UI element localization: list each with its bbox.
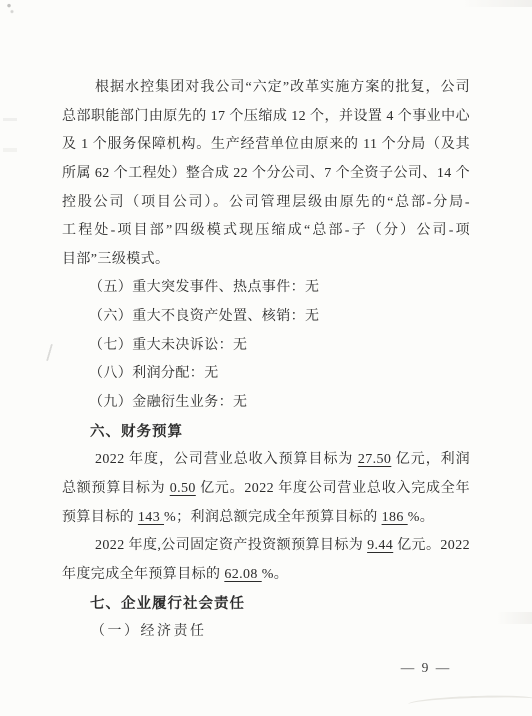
list-item-6: （六）重大不良资产处置、核销：无	[62, 303, 470, 332]
subsection-economic-responsibility: （一）经济责任	[62, 618, 470, 647]
text-segment: （八）利润分配：无	[89, 366, 219, 381]
reform-para-line-5: 控股公司（项目公司）。公司管理层级由原先的“总部-分局-	[62, 189, 470, 218]
text-block: 根据水控集团对我公司“六定”改革实施方案的批复，公司总部职能部门由原先的 17 …	[62, 74, 470, 647]
text-segment: 2022 年度,公司固定资产投资额预算目标为	[95, 538, 367, 553]
reform-para-line-7: 目部”三级模式。	[62, 246, 470, 275]
investment-para-line-2: 年度完成全年预算目标的 62.08 %。	[62, 561, 470, 590]
underlined-value: 143	[138, 510, 164, 525]
text-segment: 总部职能部门由原先的 17 个压缩成 12 个，并设置 4 个事业中心	[62, 109, 470, 124]
text-segment: 总额预算目标为	[62, 481, 170, 496]
text-segment: 2022 年度，公司营业总收入预算目标为	[95, 452, 358, 467]
text-segment: %。	[262, 567, 288, 582]
text-segment: 控股公司（项目公司）。公司管理层级由原先的“总部-分局-	[62, 195, 470, 210]
text-segment: 亿元。2022 年度公司营业总收入完成全年	[196, 481, 470, 496]
text-segment: 工程处-项目部”四级模式现压缩成“总部-子（分）公司-项	[62, 223, 470, 238]
budget-para-line-2: 总额预算目标为 0.50 亿元。2022 年度公司营业总收入完成全年	[62, 475, 470, 504]
list-item-9: （九）金融衍生业务：无	[62, 389, 470, 418]
text-segment: （六）重大不良资产处置、核销：无	[89, 309, 319, 324]
text-segment: 年度完成全年预算目标的	[62, 567, 224, 582]
scan-smudge-top-right	[462, 0, 532, 7]
text-segment: 七、企业履行社会责任	[90, 596, 245, 612]
reform-para-line-6: 工程处-项目部”四级模式现压缩成“总部-子（分）公司-项	[62, 217, 470, 246]
text-segment: 亿元，利润	[391, 452, 470, 467]
heading-finance-budget: 六、财务预算	[62, 418, 470, 447]
reform-para-line-4: 所属 62 个工程处）整合成 22 个分公司、7 个全资子公司、14 个	[62, 160, 470, 189]
reform-para-line-2: 总部职能部门由原先的 17 个压缩成 12 个，并设置 4 个事业中心	[62, 103, 470, 132]
text-segment: （九）金融衍生业务：无	[89, 395, 247, 410]
scanned-document-page: 根据水控集团对我公司“六定”改革实施方案的批复，公司总部职能部门由原先的 17 …	[0, 0, 532, 716]
scan-speck-top-left	[5, 2, 15, 14]
scan-streak-bottom-right	[408, 694, 532, 711]
investment-para-line-1: 2022 年度,公司固定资产投资额预算目标为 9.44 亿元。2022	[62, 532, 470, 561]
text-segment: 亿元。2022	[393, 538, 470, 553]
text-segment: %；利润总额完成全年预算目标的	[164, 510, 382, 525]
underlined-value: 186	[382, 510, 408, 525]
text-segment: 预算目标的	[62, 510, 138, 525]
text-segment: （七）重大未决诉讼：无	[89, 338, 247, 353]
reform-para-line-3: 及 1 个服务保障机构。生产经营单位由原来的 11 个分局（及其	[62, 131, 470, 160]
budget-para-line-1: 2022 年度，公司营业总收入预算目标为 27.50 亿元，利润	[62, 446, 470, 475]
heading-social-responsibility: 七、企业履行社会责任	[62, 590, 470, 619]
scan-mark-left-margin	[45, 344, 54, 362]
reform-para-line-1: 根据水控集团对我公司“六定”改革实施方案的批复，公司	[62, 74, 470, 103]
budget-para-line-3: 预算目标的 143 %；利润总额完成全年预算目标的 186 %。	[62, 504, 470, 533]
underlined-value: 9.44	[367, 538, 393, 553]
underlined-value: 27.50	[358, 452, 392, 467]
scan-smudge-left	[3, 118, 17, 188]
list-item-5: （五）重大突发事件、热点事件：无	[62, 274, 470, 303]
scan-smudge-right	[496, 612, 532, 624]
text-segment: 及 1 个服务保障机构。生产经营单位由原来的 11 个分局（及其	[62, 137, 470, 152]
text-segment: %。	[408, 510, 434, 525]
text-segment: （一）经济责任	[91, 624, 207, 639]
text-segment: （五）重大突发事件、热点事件：无	[89, 280, 319, 295]
text-segment: 根据水控集团对我公司“六定”改革实施方案的批复，公司	[95, 80, 470, 95]
text-segment: 六、财务预算	[90, 424, 183, 440]
text-segment: 所属 62 个工程处）整合成 22 个分公司、7 个全资子公司、14 个	[62, 166, 470, 181]
list-item-7: （七）重大未决诉讼：无	[62, 332, 470, 361]
list-item-8: （八）利润分配：无	[62, 360, 470, 389]
text-segment: 目部”三级模式。	[62, 252, 169, 267]
underlined-value: 62.08	[224, 567, 261, 582]
underlined-value: 0.50	[170, 481, 196, 496]
page-number: — 9 —	[398, 660, 454, 676]
